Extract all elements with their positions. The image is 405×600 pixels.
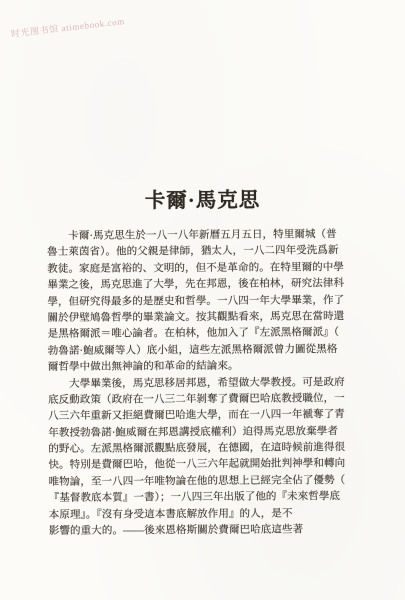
paragraph: 卡爾·馬克思生於一八一八年新曆五月五日，特里爾城（普 魯士萊茵省）。他的父親是律… <box>47 227 348 376</box>
text-line: 底反動政策（政府在一八三二年剝奪了費爾巴哈底教授職位，一 <box>48 391 348 409</box>
text-line: 畢業之後，馬克思進了大學，先在邦恩，後在柏林，研究法律科 <box>47 276 347 294</box>
scanned-book-page: 时光图书馆 atimebook.com 卡爾·馬克思 卡爾·馬克思生於一八一八年… <box>0 0 405 600</box>
text-line: 八三六年重新又拒絕費爾巴哈進大學，而在一八四一年褫奪了青 <box>48 407 348 425</box>
watermark: 时光图书馆 atimebook.com <box>10 14 125 40</box>
text-line: 關於伊壁鳩魯哲學的畢業論文。按其觀點看來，馬克思在當時還 <box>48 309 348 327</box>
body-text: 卡爾·馬克思生於一八一八年新曆五月五日，特里爾城（普 魯士萊茵省）。他的父親是律… <box>47 227 349 540</box>
text-line: 大學畢業後，馬克思移居邦恩，希望做大學教授。可是政府 <box>48 375 348 393</box>
text-line: 學，但研究得最多的是歷史和哲學。一八四一年大學畢業，作了 <box>47 293 347 311</box>
text-line: 唯物論，至一八四一年唯物論在他的思想上已經完全佔了優勢（ <box>49 473 349 491</box>
text-line: 影響的重大的。——後來恩格斯關於費爾巴哈底這些著 <box>49 522 349 540</box>
text-line: 年教授勃魯諾·鮑威爾在邦恩講授底權利）迫得馬克思放棄學者 <box>48 424 348 442</box>
text-line: 是黑格爾派＝唯心論者。在柏林，他加入了『左派黑格爾派』（ <box>48 326 348 344</box>
text-line: 本原理』。『沒有身受這本書底解放作用』的人，是不 <box>49 506 349 524</box>
text-line: 快。特別是費爾巴哈，他從一八三六年起就開始批判神學和轉向 <box>48 457 348 475</box>
text-line: 教徒。家庭是富裕的、文明的，但不是革命的。在特里爾的中學 <box>47 260 347 278</box>
paragraph: 大學畢業後，馬克思移居邦恩，希望做大學教授。可是政府 底反動政策（政府在一八三二… <box>48 375 349 541</box>
page-title: 卡爾·馬克思 <box>0 182 405 214</box>
text-line: 『基督教底本質』一書）；一八四三年出版了他的『未來哲學底 <box>49 489 349 507</box>
text-line: 魯士萊茵省）。他的父親是律師，猶太人，一八二四年受洗爲新 <box>47 244 347 262</box>
text-line: 的野心。左派黑格爾派觀點底發展，在德國，在這時候前進得很 <box>48 440 348 458</box>
text-line: 爾哲學中做出無神論的和革命的結論來。 <box>48 358 348 376</box>
text-line: 卡爾·馬克思生於一八一八年新曆五月五日，特里爾城（普 <box>47 227 347 245</box>
text-line: 勃魯諾·鮑威爾等人）底小組，這些左派黑格爾派曾力圖從黑格 <box>48 342 348 360</box>
